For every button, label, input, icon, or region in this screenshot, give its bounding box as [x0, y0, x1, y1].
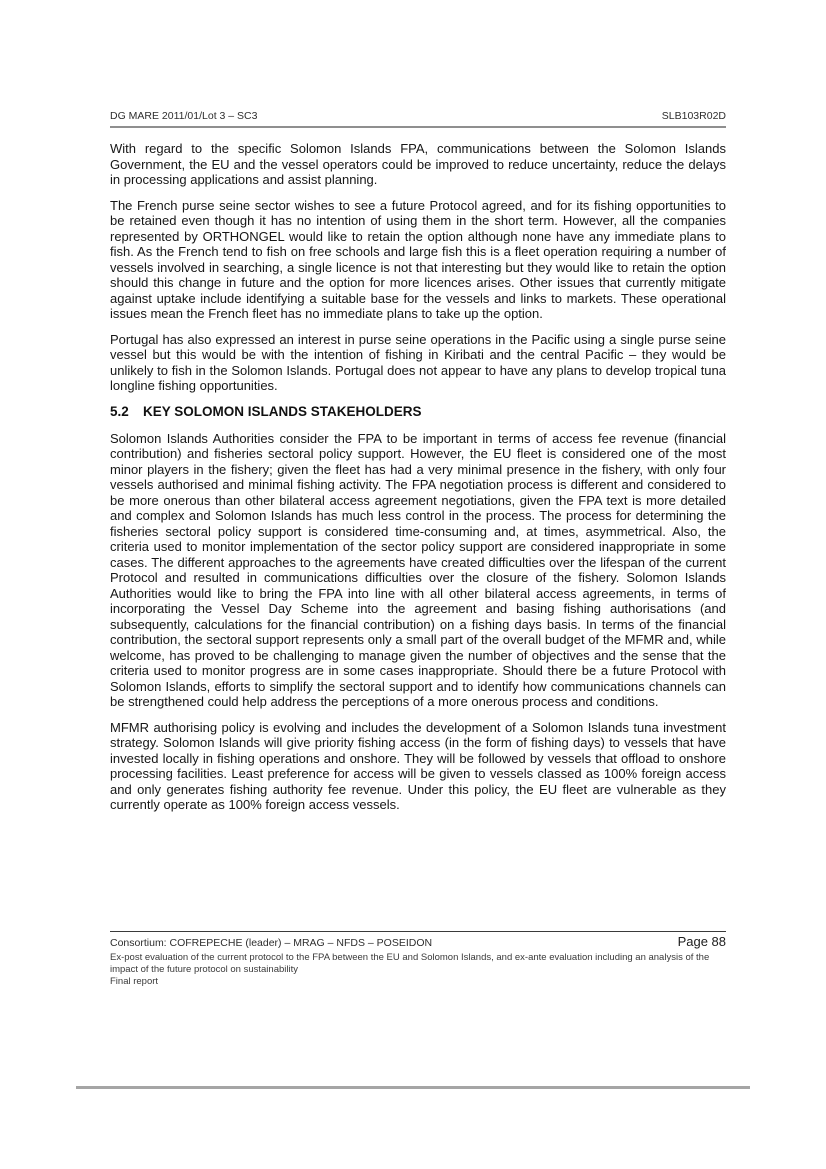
- paragraph-solomon-authorities: Solomon Islands Authorities consider the…: [110, 431, 726, 710]
- page-footer: Consortium: COFREPECHE (leader) – MRAG –…: [110, 931, 726, 988]
- paragraph-french-purse-seine: The French purse seine sector wishes to …: [110, 198, 726, 322]
- document-body: With regard to the specific Solomon Isla…: [110, 141, 726, 823]
- footer-report-description: Ex-post evaluation of the current protoc…: [110, 952, 726, 976]
- paragraph-solomon-fpa-communications: With regard to the specific Solomon Isla…: [110, 141, 726, 188]
- header-document-code: SLB103R02D: [662, 110, 726, 123]
- section-title: KEY SOLOMON ISLANDS STAKEHOLDERS: [143, 404, 422, 420]
- page-header: DG MARE 2011/01/Lot 3 – SC3 SLB103R02D: [110, 110, 726, 128]
- paragraph-mfmr-policy: MFMR authorising policy is evolving and …: [110, 720, 726, 813]
- page-bottom-divider: [76, 1086, 750, 1089]
- footer-report-version: Final report: [110, 976, 726, 988]
- footer-consortium: Consortium: COFREPECHE (leader) – MRAG –…: [110, 937, 432, 950]
- header-document-reference: DG MARE 2011/01/Lot 3 – SC3: [110, 110, 257, 123]
- page-number: Page 88: [678, 935, 726, 949]
- footer-top-row: Consortium: COFREPECHE (leader) – MRAG –…: [110, 935, 726, 950]
- paragraph-portugal-interest: Portugal has also expressed an interest …: [110, 332, 726, 394]
- document-page: DG MARE 2011/01/Lot 3 – SC3 SLB103R02D W…: [0, 0, 826, 1169]
- section-number: 5.2: [110, 404, 143, 420]
- section-heading: 5.2 KEY SOLOMON ISLANDS STAKEHOLDERS: [110, 404, 726, 420]
